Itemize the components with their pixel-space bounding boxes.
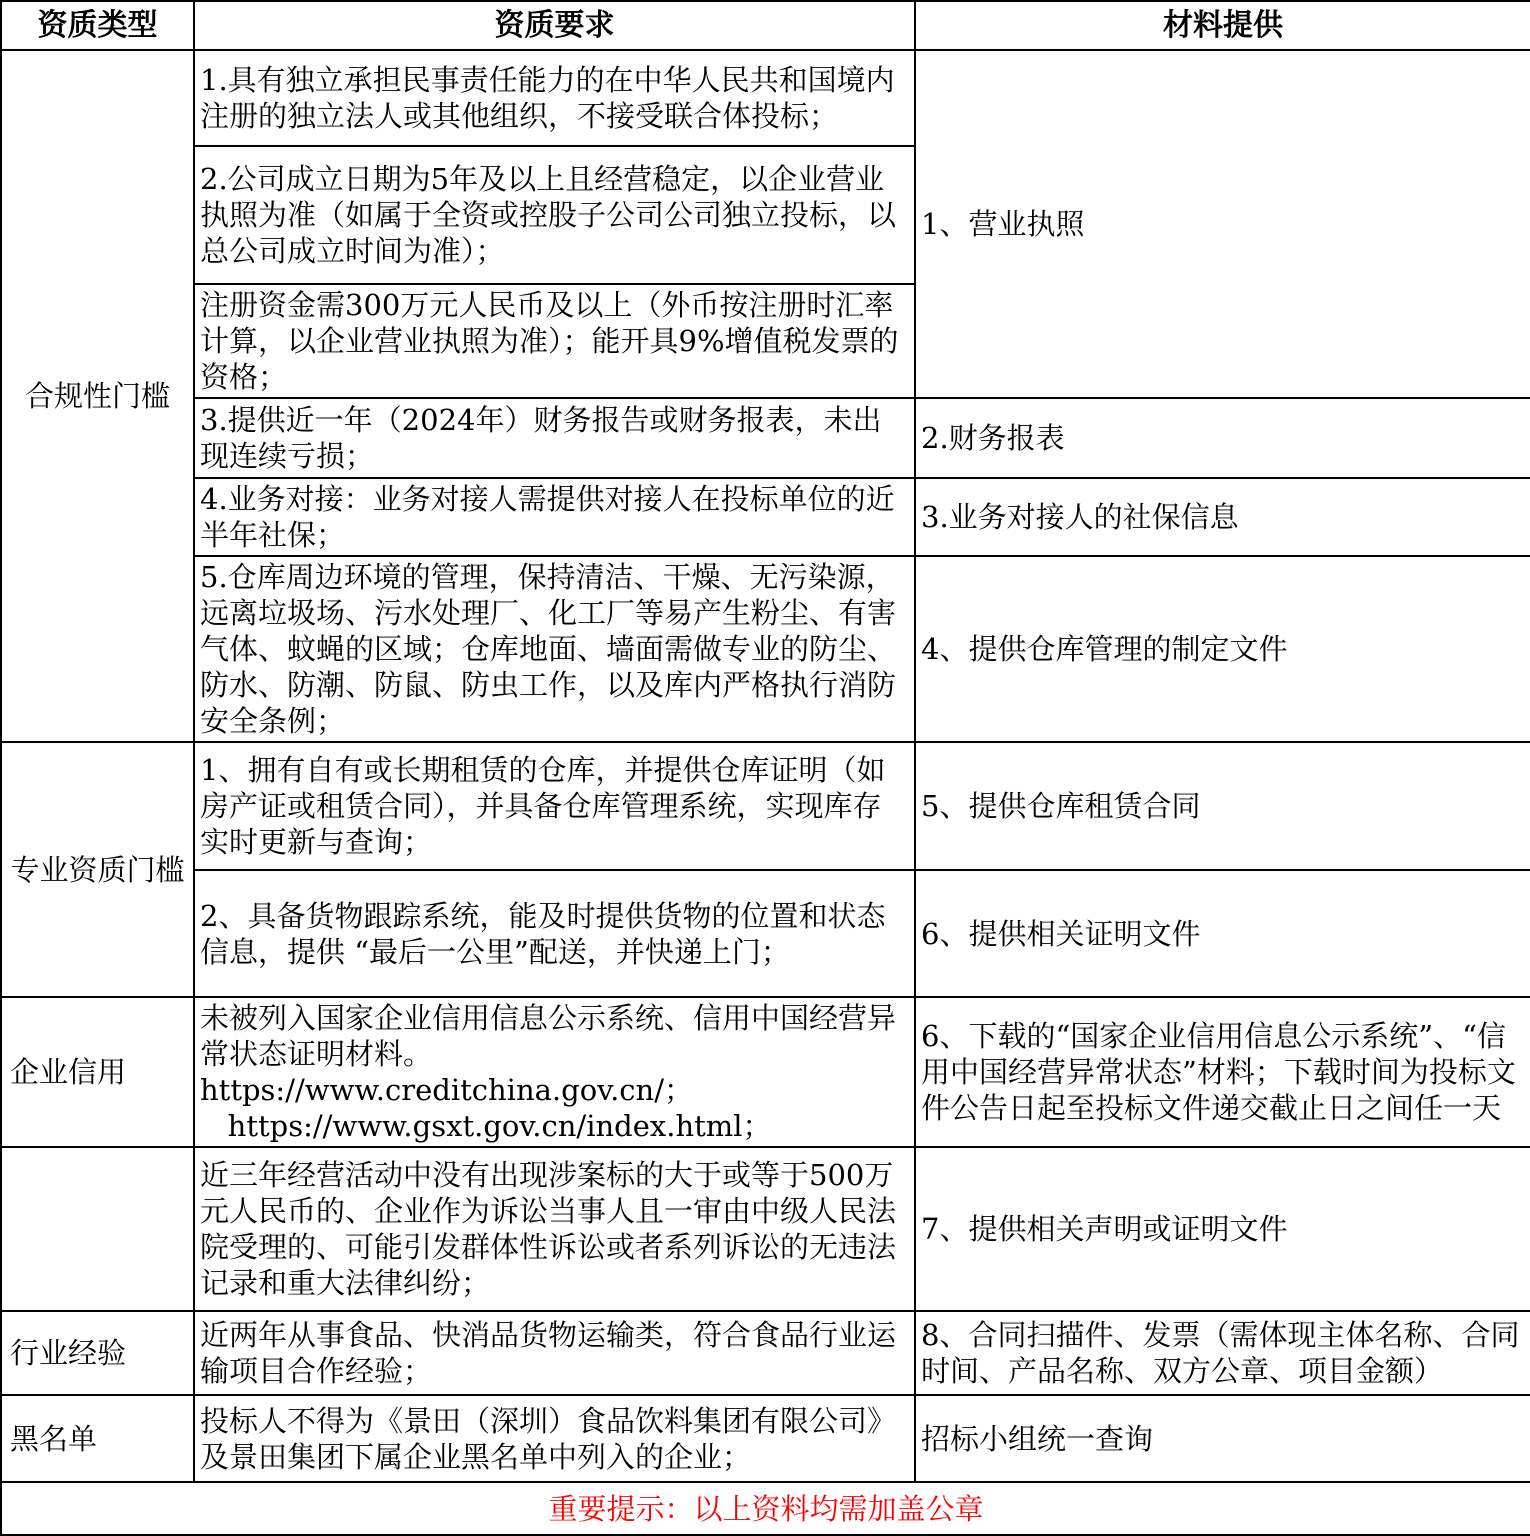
requirement-cell: 3.提供近一年（2024年）财务报告或财务报表，未出现连续亏损； [194, 398, 915, 478]
material-cell: 2.财务报表 [915, 398, 1530, 478]
material-cell: 8、合同扫描件、发票（需体现主体名称、合同时间、产品名称、双方公章、项目金额） [915, 1311, 1530, 1395]
table-row: 企业信用 未被列入国家企业信用信息公示系统、信用中国经营异常状态证明材料。htt… [1, 997, 1530, 1147]
category-cell-credit: 企业信用 [1, 997, 194, 1147]
category-cell-blacklist: 黑名单 [1, 1395, 194, 1482]
table-row: 黑名单 投标人不得为《景田（深圳）食品饮料集团有限公司》及景田集团下属企业黑名单… [1, 1395, 1530, 1482]
requirement-cell: 近三年经营活动中没有出现涉案标的大于或等于500万元人民币的、企业作为诉讼当事人… [194, 1147, 915, 1311]
requirement-cell: 2、具备货物跟踪系统，能及时提供货物的位置和状态信息，提供 “最后一公里”配送，… [194, 870, 915, 997]
requirement-cell: 1.具有独立承担民事责任能力的在中华人民共和国境内注册的独立法人或其他组织，不接… [194, 50, 915, 146]
category-cell-experience: 行业经验 [1, 1311, 194, 1395]
requirement-cell: 未被列入国家企业信用信息公示系统、信用中国经营异常状态证明材料。https://… [194, 997, 915, 1147]
material-cell: 6、提供相关证明文件 [915, 870, 1530, 997]
material-cell: 招标小组统一查询 [915, 1395, 1530, 1482]
column-header-requirement: 资质要求 [194, 1, 915, 50]
requirement-cell: 1、拥有自有或长期租赁的仓库，并提供仓库证明（如房产证或租赁合同），并具备仓库管… [194, 742, 915, 870]
material-cell: 5、提供仓库租赁合同 [915, 742, 1530, 870]
column-header-type: 资质类型 [1, 1, 194, 50]
category-cell-professional: 专业资质门槛 [1, 742, 194, 997]
table-row: 近三年经营活动中没有出现涉案标的大于或等于500万元人民币的、企业作为诉讼当事人… [1, 1147, 1530, 1311]
table-row: 行业经验 近两年从事食品、快消品货物运输类，符合食品行业运输项目合作经验； 8、… [1, 1311, 1530, 1395]
table-row: 合规性门槛 1.具有独立承担民事责任能力的在中华人民共和国境内注册的独立法人或其… [1, 50, 1530, 146]
material-cell: 6、下载的“国家企业信用信息公示系统”、“信用中国经营异常状态”材料；下载时间为… [915, 997, 1530, 1147]
requirement-cell: 5.仓库周边环境的管理，保持清洁、干燥、无污染源，远离垃圾场、污水处理厂、化工厂… [194, 556, 915, 742]
material-cell: 4、提供仓库管理的制定文件 [915, 556, 1530, 742]
notice-cell: 重要提示：以上资料均需加盖公章 [1, 1482, 1530, 1535]
requirement-cell: 近两年从事食品、快消品货物运输类，符合食品行业运输项目合作经验； [194, 1311, 915, 1395]
table-row: 3.提供近一年（2024年）财务报告或财务报表，未出现连续亏损； 2.财务报表 [1, 398, 1530, 478]
notice-text: 重要提示：以上资料均需加盖公章 [548, 1492, 983, 1526]
header-row: 资质类型 资质要求 材料提供 [1, 1, 1530, 50]
table-row: 5.仓库周边环境的管理，保持清洁、干燥、无污染源，远离垃圾场、污水处理厂、化工厂… [1, 556, 1530, 742]
table-row: 4.业务对接：业务对接人需提供对接人在投标单位的近半年社保； 3.业务对接人的社… [1, 478, 1530, 556]
requirement-cell: 2.公司成立日期为5年及以上且经营稳定，以企业营业执照为准（如属于全资或控股子公… [194, 146, 915, 284]
material-cell: 7、提供相关声明或证明文件 [915, 1147, 1530, 1311]
table-row: 专业资质门槛 1、拥有自有或长期租赁的仓库，并提供仓库证明（如房产证或租赁合同）… [1, 742, 1530, 870]
category-cell-compliance: 合规性门槛 [1, 50, 194, 742]
category-cell-empty [1, 1147, 194, 1311]
notice-row: 重要提示：以上资料均需加盖公章 [1, 1482, 1530, 1535]
table-row: 2、具备货物跟踪系统，能及时提供货物的位置和状态信息，提供 “最后一公里”配送，… [1, 870, 1530, 997]
material-cell: 1、营业执照 [915, 50, 1530, 398]
requirement-cell: 投标人不得为《景田（深圳）食品饮料集团有限公司》及景田集团下属企业黑名单中列入的… [194, 1395, 915, 1482]
qualification-document: 资质类型 资质要求 材料提供 合规性门槛 1.具有独立承担民事责任能力的在中华人… [0, 0, 1530, 1491]
qualification-table: 资质类型 资质要求 材料提供 合规性门槛 1.具有独立承担民事责任能力的在中华人… [0, 0, 1530, 1536]
material-cell: 3.业务对接人的社保信息 [915, 478, 1530, 556]
requirement-cell: 4.业务对接：业务对接人需提供对接人在投标单位的近半年社保； [194, 478, 915, 556]
requirement-cell: 注册资金需300万元人民币及以上（外币按注册时汇率计算，以企业营业执照为准）；能… [194, 284, 915, 398]
column-header-material: 材料提供 [915, 1, 1530, 50]
